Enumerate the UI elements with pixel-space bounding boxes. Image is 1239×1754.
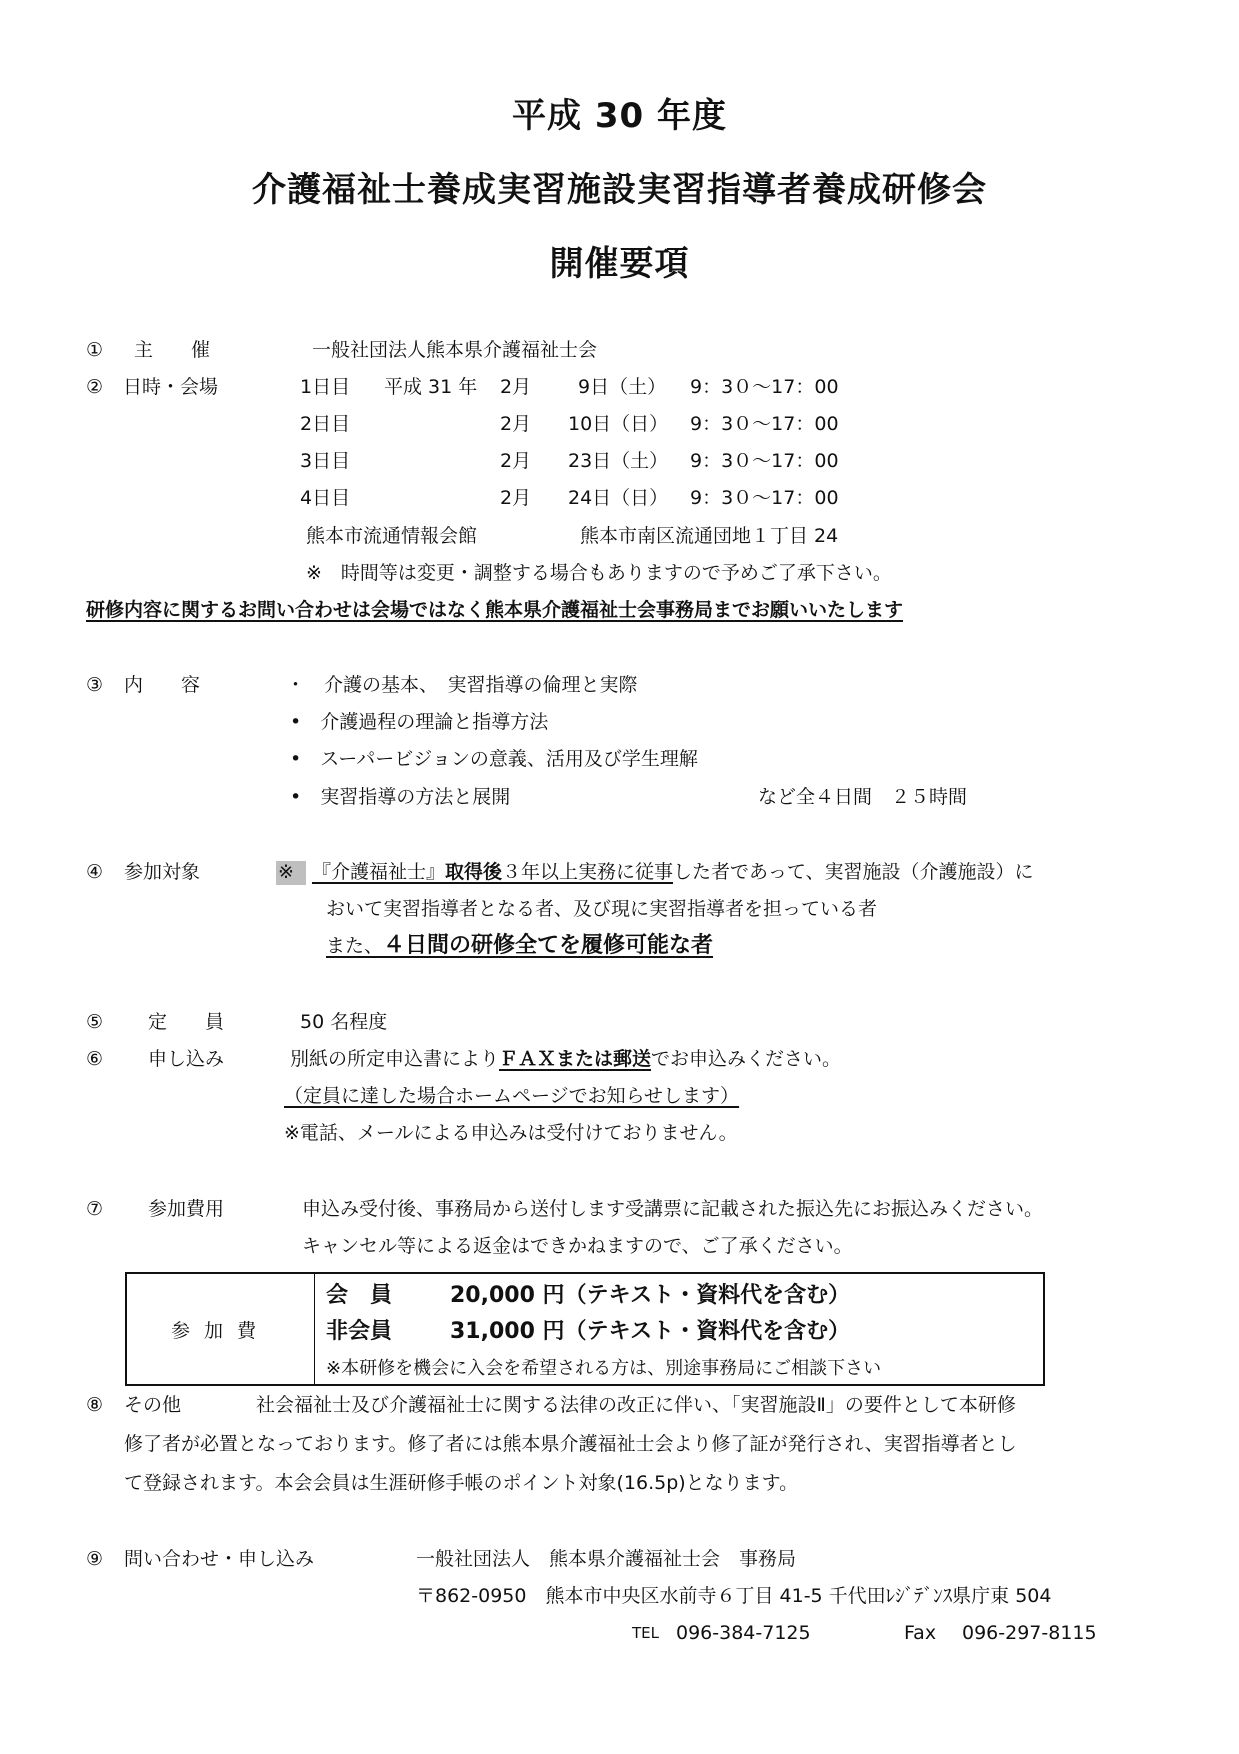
application-prefix: 別紙の所定申込書により <box>290 1048 499 1070</box>
eligibility-line2: おいて実習指導者となる者、及び現に実習指導者を担っている者 <box>326 897 877 921</box>
fee-table-body: 会 員20,000 円（テキスト・資料代を含む） 非会員31,000 円（テキス… <box>315 1274 1043 1384</box>
venue-address: 熊本市南区流通団地１丁目 24 <box>580 524 838 548</box>
tel-number: 096-384-7125 <box>676 1621 811 1645</box>
schedule-date: 9日（土） <box>578 375 666 399</box>
section-number: ⑧ <box>86 1393 103 1417</box>
application-line1: 別紙の所定申込書によりＦＡＸまたは郵送でお申込みください。 <box>290 1047 841 1071</box>
fee-amount: 20,000 円（テキスト・資料代を含む） <box>450 1283 850 1308</box>
section-number: ④ <box>86 860 103 884</box>
section-number: ① <box>86 338 103 362</box>
fee-table-header: 参加費 <box>127 1274 315 1384</box>
section-label: 参加費用 <box>148 1197 224 1221</box>
eligibility-line3-prefix: また、 <box>326 935 383 957</box>
section-label: 内 容 <box>124 673 200 697</box>
section-label: 申し込み <box>148 1047 224 1071</box>
section-number: ⑦ <box>86 1197 103 1221</box>
venue-name: 熊本市流通情報会館 <box>306 524 477 548</box>
schedule-note: ※ 時間等は変更・調整する場合もありますので予めご了承下さい。 <box>306 561 892 585</box>
schedule-day: 2日目 <box>300 412 350 436</box>
section-label: 問い合わせ・申し込み <box>124 1547 314 1571</box>
schedule-month: 2月 <box>500 412 531 436</box>
fax-label: Fax <box>904 1621 936 1645</box>
schedule-year: 平成 31 年 <box>384 375 477 399</box>
section-label: 定 員 <box>148 1010 224 1034</box>
schedule-time: 9：3０～17：00 <box>690 449 839 473</box>
qualification-text: 『介護福祉士』 <box>312 861 445 883</box>
schedule-month: 2月 <box>500 486 531 510</box>
fee-line2: キャンセル等による返金はできかねますので、ご了承ください。 <box>302 1234 853 1258</box>
content-summary: など全４日間 ２５時間 <box>758 785 967 809</box>
schedule-time: 9：3０～17：00 <box>690 486 839 510</box>
fee-amount: 31,000 円（テキスト・資料代を含む） <box>450 1319 850 1344</box>
fee-line1: 申込み受付後、事務局から送付します受講票に記載された振込先にお振込みください。 <box>302 1197 1043 1221</box>
application-line3: ※電話、メールによる申込みは受付けておりません。 <box>284 1121 738 1145</box>
title-sub: 開催要項 <box>0 236 1239 285</box>
fax-number: 096-297-8115 <box>962 1621 1097 1645</box>
fee-row-member: 会 員20,000 円（テキスト・資料代を含む） <box>326 1278 850 1309</box>
title-main: 介護福祉士養成実習施設実習指導者養成研修会 <box>0 162 1239 211</box>
eligibility-line3-bold: ４日間の研修全てを履修可能な者 <box>383 933 713 958</box>
section-number: ② <box>86 375 103 399</box>
application-method: ＦＡＸまたは郵送 <box>499 1048 651 1070</box>
schedule-time: 9：3０～17：00 <box>690 375 839 399</box>
section-number: ⑥ <box>86 1047 103 1071</box>
section-number: ⑨ <box>86 1547 103 1571</box>
eligibility-tail: した者であって、実習施設（介護施設）に <box>673 861 1033 883</box>
section-label: 主 催 <box>134 338 210 362</box>
fee-row-nonmember: 非会員31,000 円（テキスト・資料代を含む） <box>326 1314 850 1345</box>
title-year: 平成 30 年度 <box>0 88 1239 137</box>
schedule-time: 9：3０～17：00 <box>690 412 839 436</box>
section-label: 日時・会場 <box>123 375 218 399</box>
section-number: ⑤ <box>86 1010 103 1034</box>
experience-text: ３年以上実務に従事 <box>502 861 673 883</box>
eligibility-line1: ※ 『介護福祉士』取得後３年以上実務に従事した者であって、実習施設（介護施設）に <box>276 860 1033 884</box>
schedule-date: 24日（日） <box>568 486 668 510</box>
application-line2: （定員に達した場合ホームページでお知らせします） <box>284 1084 739 1108</box>
schedule-month: 2月 <box>500 449 531 473</box>
content-item: • 実習指導の方法と展開 <box>290 785 510 809</box>
organizer-value: 一般社団法人熊本県介護福祉士会 <box>312 338 597 362</box>
capacity-value: 50 名程度 <box>300 1010 387 1034</box>
section-label: 参加対象 <box>124 860 200 884</box>
other-line1: 社会福祉士及び介護福祉士に関する法律の改正に伴い、「実習施設Ⅱ」の要件として本研… <box>256 1393 1016 1417</box>
fee-type: 非会員 <box>326 1314 450 1345</box>
schedule-day: 1日目 <box>300 375 350 399</box>
schedule-date: 10日（日） <box>568 412 668 436</box>
schedule-day: 4日目 <box>300 486 350 510</box>
application-suffix: でお申込みください。 <box>651 1048 841 1070</box>
eligibility-line3: また、４日間の研修全てを履修可能な者 <box>326 934 713 958</box>
section-label: その他 <box>124 1393 181 1417</box>
section-number: ③ <box>86 673 103 697</box>
content-item: • 介護過程の理論と指導方法 <box>290 710 548 734</box>
content-item: • スーパービジョンの意義、活用及び学生理解 <box>290 747 698 771</box>
fee-type: 会 員 <box>326 1278 450 1309</box>
fee-table: 参加費 会 員20,000 円（テキスト・資料代を含む） 非会員31,000 円… <box>125 1272 1045 1386</box>
fee-note: ※本研修を機会に入会を希望される方は、別途事務局にご相談下さい <box>326 1354 881 1380</box>
schedule-day: 3日目 <box>300 449 350 473</box>
contact-org: 一般社団法人 熊本県介護福祉士会 事務局 <box>416 1547 796 1571</box>
schedule-month: 2月 <box>500 375 531 399</box>
content-item: ・ 介護の基本、 実習指導の倫理と実際 <box>286 673 638 697</box>
tel-label: TEL <box>632 1621 659 1645</box>
other-line2: 修了者が必置となっております。修了者には熊本県介護福祉士会より修了証が発行され、… <box>124 1432 1017 1456</box>
highlight-mark: ※ <box>276 861 306 885</box>
other-line3: て登録されます。本会会員は生涯研修手帳のポイント対象(16.5p)となります。 <box>124 1471 798 1495</box>
contact-address: 〒862-0950 熊本市中央区水前寺６丁目 41-5 千代田ﾚｼﾞﾃﾞﾝｽ県庁… <box>416 1584 1051 1608</box>
schedule-date: 23日（土） <box>568 449 668 473</box>
qualification-bold: 取得後 <box>445 861 502 883</box>
inquiry-notice: 研修内容に関するお問い合わせは会場ではなく熊本県介護福祉士会事務局までお願いいた… <box>86 598 903 622</box>
